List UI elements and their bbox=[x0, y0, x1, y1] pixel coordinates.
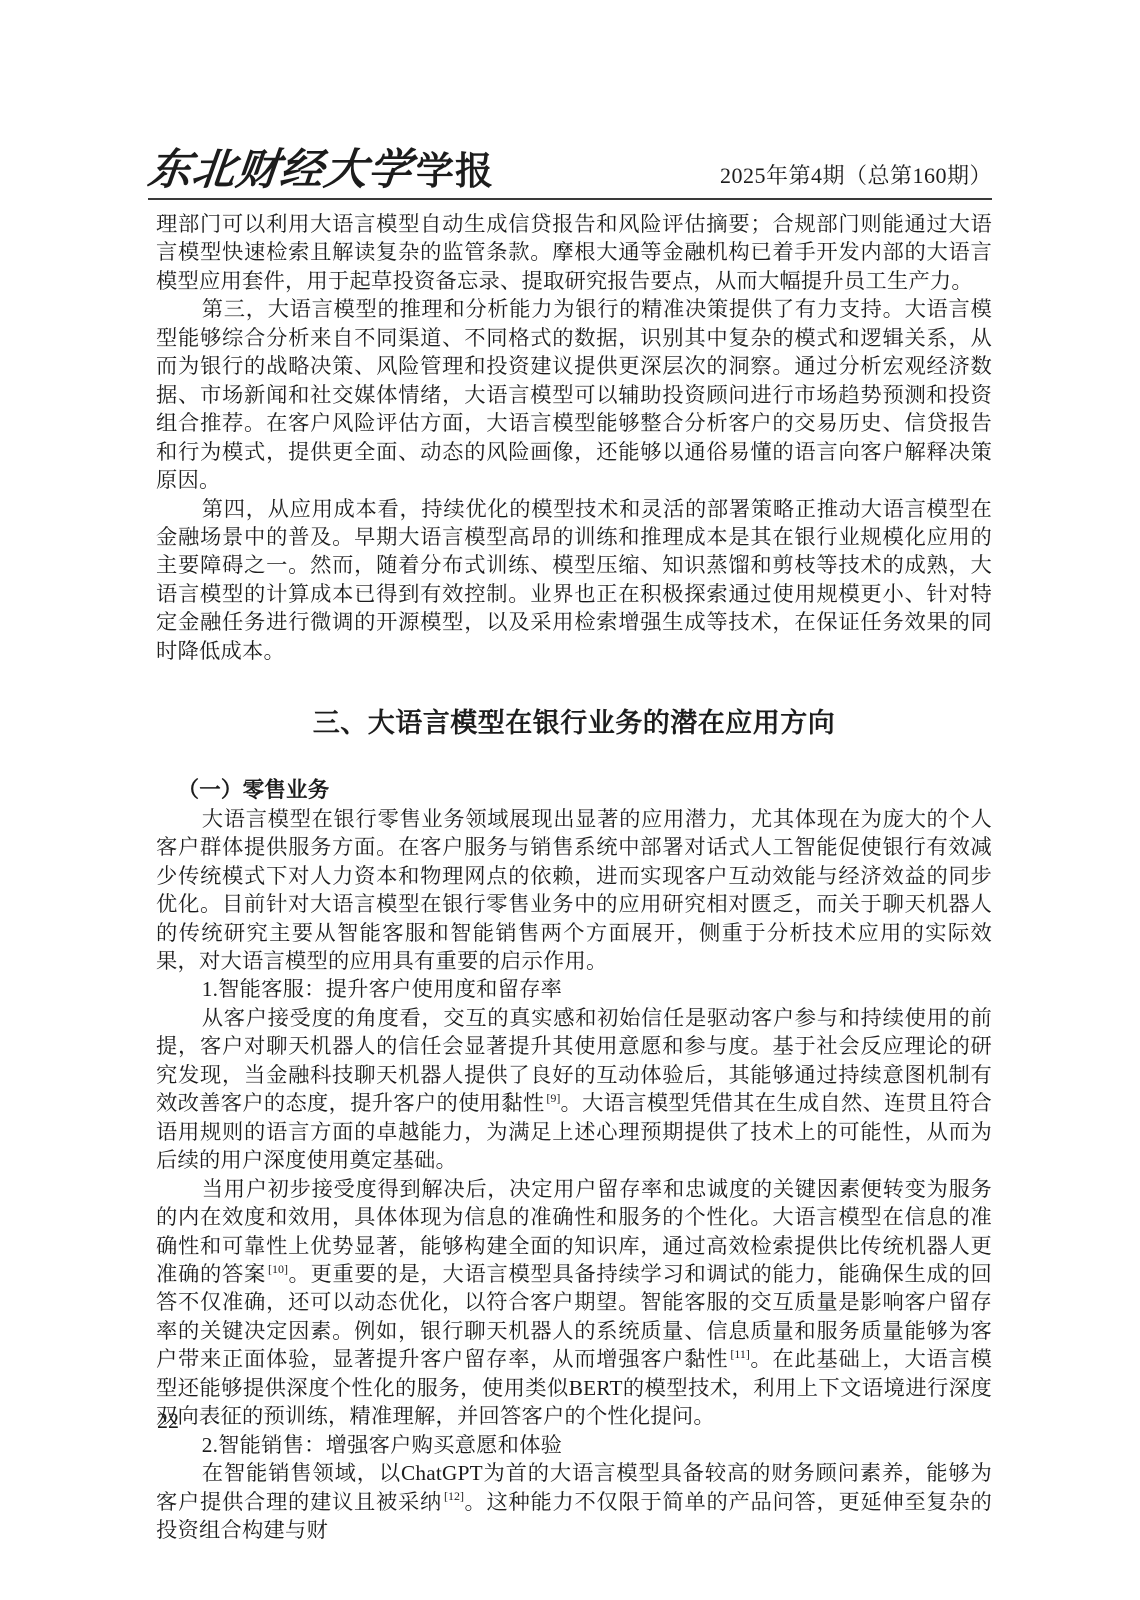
page-header: 东北财经大学学报 2025年第4期（总第160期） bbox=[148, 140, 992, 200]
citation-ref-9: [9] bbox=[546, 1091, 560, 1105]
paragraph-fourth: 第四，从应用成本看，持续优化的模型技术和灵活的部署策略正推动大语言模型在金融场景… bbox=[156, 495, 992, 666]
citation-ref-10: [10] bbox=[268, 1262, 288, 1276]
issue-info: 2025年第4期（总第160期） bbox=[720, 159, 992, 192]
header-row: 东北财经大学学报 2025年第4期（总第160期） bbox=[148, 140, 992, 192]
article-body: 理部门可以利用大语言模型自动生成信贷报告和风险评估摘要；合规部门则能通过大语言模… bbox=[156, 210, 992, 1544]
paragraph-sales: 在智能销售领域，以ChatGPT为首的大语言模型具备较高的财务顾问素养，能够为客… bbox=[156, 1459, 992, 1544]
page-number: 22 bbox=[157, 1408, 179, 1434]
paragraph-retail: 大语言模型在银行零售业务领域展现出显著的应用潜力，尤其体现在为庞大的个人客户群体… bbox=[156, 805, 992, 976]
journal-page: 东北财经大学学报 2025年第4期（总第160期） 理部门可以利用大语言模型自动… bbox=[0, 0, 1140, 1600]
paragraph-service-b: 当用户初步接受度得到解决后，决定用户留存率和忠诚度的关键因素便转变为服务的内在效… bbox=[156, 1175, 992, 1431]
subsection-heading-retail: （一）零售业务 bbox=[156, 776, 992, 804]
citation-ref-11: [11] bbox=[730, 1347, 750, 1361]
header-divider bbox=[148, 198, 992, 200]
paragraph-third: 第三，大语言模型的推理和分析能力为银行的精准决策提供了有力支持。大语言模型能够综… bbox=[156, 295, 992, 494]
citation-ref-12: [12] bbox=[444, 1489, 464, 1503]
item-heading-smart-sales: 2.智能销售：增强客户购买意愿和体验 bbox=[156, 1431, 992, 1459]
item-heading-smart-service: 1.智能客服：提升客户使用度和留存率 bbox=[156, 975, 992, 1003]
journal-logo-suffix: 学报 bbox=[416, 153, 494, 191]
paragraph-service-a: 从客户接受度的角度看，交互的真实感和初始信任是驱动客户参与和持续使用的前提，客户… bbox=[156, 1004, 992, 1175]
journal-logo: 东北财经大学学报 bbox=[148, 149, 494, 192]
paragraph-continuation: 理部门可以利用大语言模型自动生成信贷报告和风险评估摘要；合规部门则能通过大语言模… bbox=[156, 210, 992, 295]
section-heading: 三、大语言模型在银行业务的潜在应用方向 bbox=[156, 706, 992, 740]
journal-logo-calligraphy: 东北财经大学 bbox=[146, 149, 415, 192]
